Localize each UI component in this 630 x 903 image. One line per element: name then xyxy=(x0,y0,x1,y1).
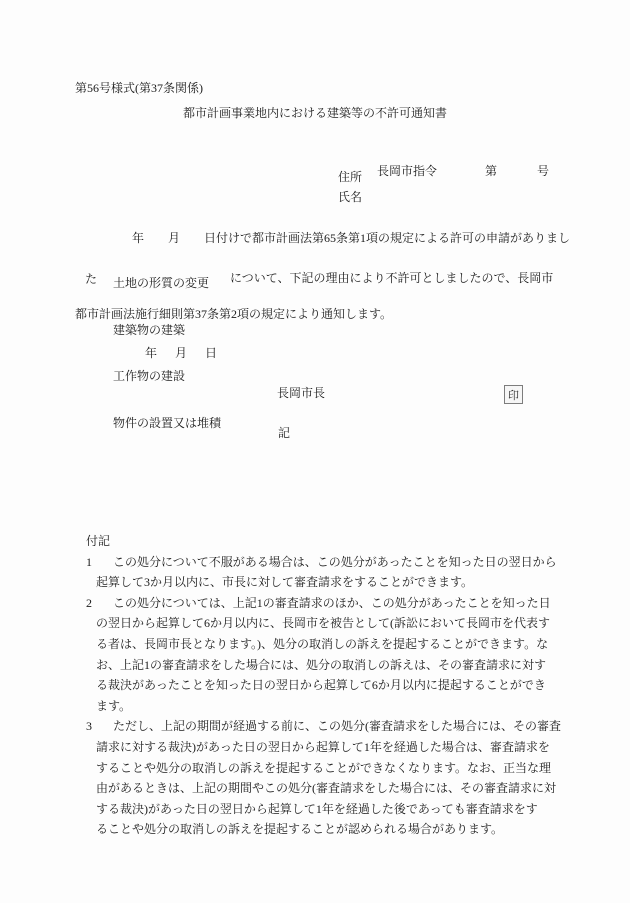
note-text: この処分については、上記1の審査請求のほか、この処分があったことを知った日 xyxy=(113,596,551,610)
notification-sentence: 都市計画法施行細則第37条第2項の規定により通知します。 xyxy=(75,307,392,321)
note-item-2-line: る裁決があったことを知った日の翌日から起算して6か月以内に提起することができ xyxy=(86,675,556,696)
application-sentence: 年 月 日付けで都市計画法第65条第1項の規定による許可の申請がありまし xyxy=(132,231,570,245)
note-text: ただし、上記の期間が経過する前に、この処分(審査請求をした場合には、その審査 xyxy=(113,719,561,733)
note-item-2-line: 2この処分については、上記1の審査請求のほか、この処分があったことを知った日 xyxy=(86,593,556,614)
act-list-item: 建築物の建築 xyxy=(113,323,221,339)
note-item-3-line: することや処分の取消しの訴えを提起することができなくなります。なお、正当な理 xyxy=(86,758,556,779)
name-label: 氏名 xyxy=(338,190,362,204)
mayor-seal-stamp-icon: 印 xyxy=(504,385,523,404)
directive-number-suffix: 号 xyxy=(537,164,549,178)
note-number: 3 xyxy=(86,716,113,737)
act-list-item: 土地の形質の変更 xyxy=(113,276,221,292)
note-item-2-line: の翌日から起算して6か月以内に、長岡市を被告として(訴訟において長岡市を代表す xyxy=(86,613,556,634)
record-heading: 記 xyxy=(278,426,290,440)
act-list-item: 物件の設置又は堆積 xyxy=(113,416,221,432)
note-item-3-line: 由があるときは、上記の期間やこの処分(審査請求をした場合には、その審査請求に対 xyxy=(86,778,556,799)
note-number: 1 xyxy=(86,552,113,573)
note-item-2-line: る者は、長岡市長となります。)、処分の取消しの訴えを提起することができます。な xyxy=(86,634,556,655)
sentence-continuation-char: た xyxy=(85,272,97,286)
note-item-2-line: ます。 xyxy=(86,696,556,717)
address-label: 住所 xyxy=(338,170,362,184)
notes-heading: 付記 xyxy=(86,531,556,552)
form-number: 第56号様式(第37条関係) xyxy=(75,81,203,95)
note-item-3-line: 請求に対する裁決)があった日の翌日から起算して1年を経過した場合は、審査請求を xyxy=(86,737,556,758)
note-item-1-line: 1この処分について不服がある場合は、この処分があったことを知った日の翌日から xyxy=(86,552,556,573)
act-list-item: 工作物の建設 xyxy=(113,369,221,385)
note-item-3-line: する裁決)があった日の翌日から起算して1年を経過した後であっても審査請求をす xyxy=(86,799,556,820)
document-title: 都市計画事業地内における建築等の不許可通知書 xyxy=(0,106,630,120)
directive-issuer: 長岡市指令 xyxy=(377,164,437,178)
directive-line: 長岡市指令第号 xyxy=(365,150,549,193)
notes-section: 付記 1この処分について不服がある場合は、この処分があったことを知った日の翌日か… xyxy=(86,531,556,840)
note-item-2-line: お、上記1の審査請求をした場合には、処分の取消しの訴えは、その審査請求に対す xyxy=(86,655,556,676)
decision-sentence: について、下記の理由により不許可としましたので、長岡市 xyxy=(230,271,553,285)
seal-character: 印 xyxy=(508,387,519,403)
note-number: 2 xyxy=(86,593,113,614)
directive-number-prefix: 第 xyxy=(485,164,497,178)
note-item-3-line: 3ただし、上記の期間が経過する前に、この処分(審査請求をした場合には、その審査 xyxy=(86,716,556,737)
mayor-label: 長岡市長 xyxy=(277,386,325,400)
note-item-1-line: 起算して3か月以内に、市長に対して審査請求をすることができます。 xyxy=(86,572,556,593)
issue-date-line: 年 月 日 xyxy=(145,346,220,360)
note-text: この処分について不服がある場合は、この処分があったことを知った日の翌日から xyxy=(113,555,557,569)
document-page: 第56号様式(第37条関係) 都市計画事業地内における建築等の不許可通知書 長岡… xyxy=(0,0,630,903)
note-item-3-line: ることや処分の取消しの訴えを提起することが認められる場合があります。 xyxy=(86,819,556,840)
